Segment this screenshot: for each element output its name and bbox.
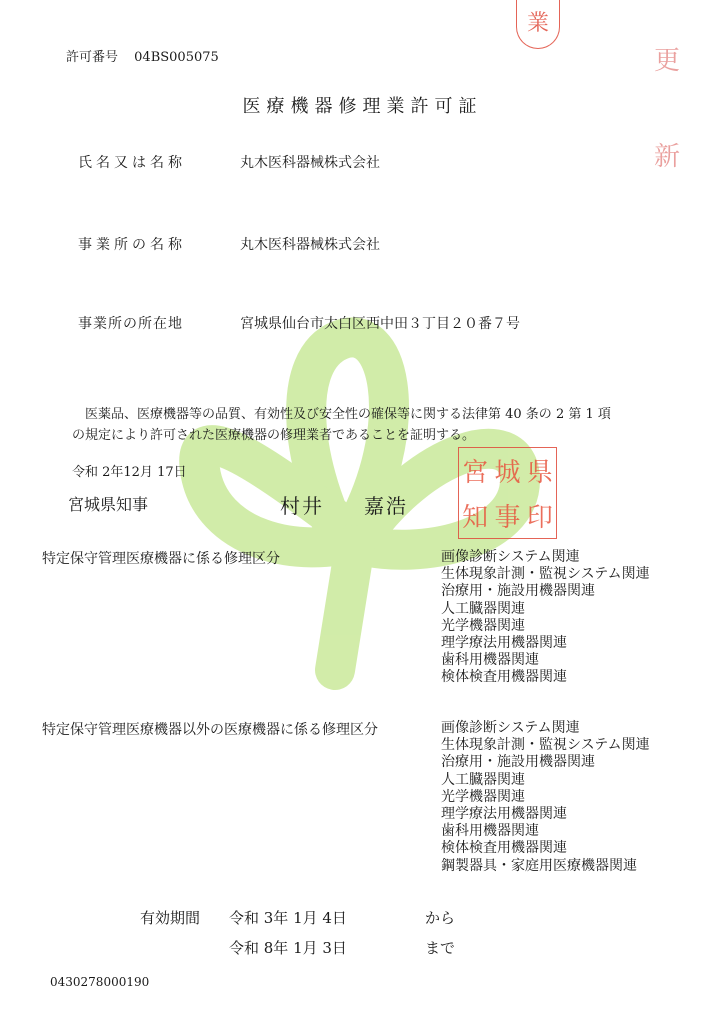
seal-char: 宮	[462, 452, 488, 489]
seal-char: 知	[462, 497, 488, 534]
validity-to-date: 令和 8年 1月 3日	[229, 937, 347, 958]
category-2-list: 画像診断システム関連 生体現象計測・監視システム関連 治療用・施設用機器関連 人…	[441, 720, 650, 875]
permit-number: 許可番号 04BS005075	[66, 46, 219, 65]
office-name-label: 事業所の名称	[78, 234, 186, 254]
document-code: 0430278000190	[50, 975, 149, 989]
list-item: 治療用・施設用機器関連	[441, 583, 650, 600]
issuer-name: 村井嘉浩	[280, 490, 408, 519]
category-1-label: 特定保守管理医療機器に係る修理区分	[42, 548, 280, 568]
issue-date: 令和 2年12月 17日	[72, 461, 187, 480]
issuer-title: 宮城県知事	[68, 492, 148, 515]
certification-text-line-1: 医薬品、医療機器等の品質、有効性及び安全性の確保等に関する法律第 40 条の 2…	[72, 404, 682, 425]
certification-text-line-2: の規定により許可された医療機器の修理業者であることを証明する。	[72, 425, 682, 446]
certification-text: 医薬品、医療機器等の品質、有効性及び安全性の確保等に関する法律第 40 条の 2…	[72, 404, 682, 446]
name-label: 氏名又は名称	[78, 152, 186, 172]
list-item: 歯科用機器関連	[441, 823, 650, 840]
list-item: 人工臓器関連	[441, 772, 650, 789]
list-item: 歯科用機器関連	[441, 652, 650, 669]
document-title: 医療機器修理業許可証	[0, 92, 725, 118]
category-2-label: 特定保守管理医療機器以外の医療機器に係る修理区分	[42, 719, 378, 739]
validity-from-date: 令和 3年 1月 4日	[229, 907, 347, 928]
list-item: 治療用・施設用機器関連	[441, 754, 650, 771]
list-item: 生体現象計測・監視システム関連	[441, 566, 650, 583]
list-item: 理学療法用機器関連	[441, 635, 650, 652]
list-item: 検体検査用機器関連	[441, 840, 650, 857]
renewal-stamp-char-2: 新	[654, 136, 680, 173]
seal-char: 事	[494, 497, 520, 534]
list-item: 生体現象計測・監視システム関連	[441, 737, 650, 754]
list-item: 検体検査用機器関連	[441, 669, 650, 686]
seal-char: 県	[527, 452, 553, 489]
issuer-given-name: 嘉浩	[364, 494, 408, 518]
list-item: 人工臓器関連	[441, 601, 650, 618]
list-item: 鋼製器具・家庭用医療機器関連	[441, 858, 650, 875]
seal-char: 印	[527, 497, 553, 534]
list-item: 画像診断システム関連	[441, 720, 650, 737]
seal-char: 城	[494, 452, 520, 489]
list-item: 光学機器関連	[441, 789, 650, 806]
category-1-list: 画像診断システム関連 生体現象計測・監視システム関連 治療用・施設用機器関連 人…	[441, 549, 650, 687]
validity-to-suffix: まで	[425, 937, 455, 958]
office-name-value: 丸木医科器械株式会社	[240, 234, 380, 254]
permit-number-value: 04BS005075	[134, 50, 219, 65]
issuer-family-name: 村井	[280, 494, 324, 518]
seal-char: 業	[527, 6, 549, 37]
validity-label: 有効期間	[140, 907, 200, 928]
renewal-stamp-char-1: 更	[654, 40, 680, 77]
office-address-label: 事業所の所在地	[78, 313, 183, 333]
list-item: 理学療法用機器関連	[441, 806, 650, 823]
name-value: 丸木医科器械株式会社	[240, 152, 380, 172]
list-item: 光学機器関連	[441, 618, 650, 635]
business-seal-stamp: 業	[516, 0, 560, 49]
validity-from-suffix: から	[425, 907, 455, 928]
permit-number-label: 許可番号	[66, 50, 118, 65]
office-address-value: 宮城県仙台市太白区西中田３丁目２０番７号	[240, 313, 520, 333]
governor-seal: 宮 城 県 知 事 印	[458, 447, 557, 539]
list-item: 画像診断システム関連	[441, 549, 650, 566]
